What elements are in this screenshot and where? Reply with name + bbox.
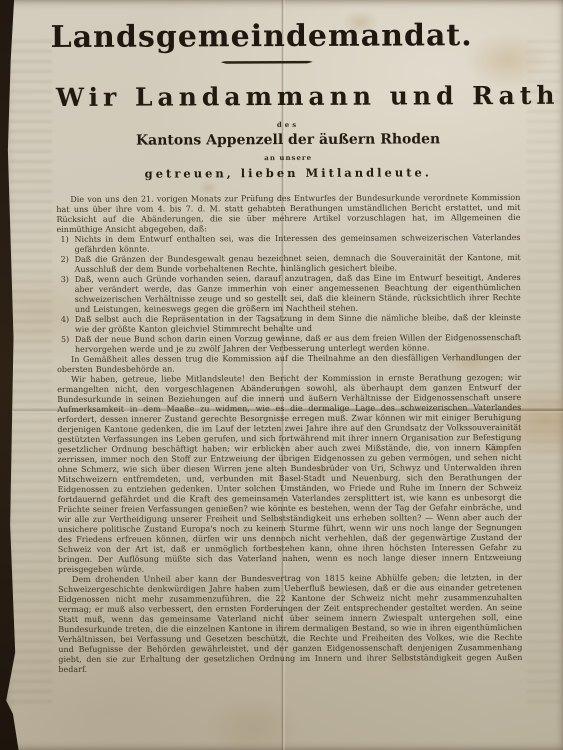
list-item-3: 3) Daß, wenn auch Gründe vorhanden seien… [57,272,521,314]
verso-text-showthrough-right [527,40,561,710]
printed-content: Landsgemeindemandat. Wir Landammann und … [56,19,523,675]
list-item-text: Daß, wenn auch Gründe vorhanden seien, d… [75,272,521,313]
salutation-line-authority: Wir Landammann und Rath [56,80,520,112]
list-item-number: 1) [61,234,69,244]
verso-text-showthrough-left [10,40,52,710]
list-item-number: 3) [61,274,69,284]
list-item-text: Daß die Gränzen der Bundesgewalt genau b… [75,252,521,273]
paper-sheet: Landsgemeindemandat. Wir Landammann und … [0,0,563,750]
list-item-text: Daß selbst auch die Repräsentation in de… [75,312,521,333]
title-divider-rule [221,60,313,63]
intro-paragraph: Die von uns den 21. vorigen Monats zur P… [56,192,520,234]
list-item-1: 1) Nichts in dem Entwurf enthalten sei, … [57,232,521,254]
list-item-number: 2) [61,254,69,264]
salutation-line-canton: Kantons Appenzell der äußern Rhoden [56,130,520,148]
document-title: Landsgemeindemandat. [30,19,494,56]
photo-of-document: Landsgemeindemandat. Wir Landammann und … [0,0,563,750]
salutation-line-des: des [56,118,520,129]
paragraph-bundesvertrag-1815: Dem drohenden Unheil aber kann der Bunde… [58,572,522,674]
list-item-4: 4) Daß selbst auch die Repräsentation in… [57,312,521,334]
document-body: Die von uns den 21. vorigen Monats zur P… [56,192,522,674]
salutation-line-an-unsere: an unsere [56,151,520,162]
list-item-text: Nichts in dem Entwurf enthalten sei, was… [75,232,521,253]
list-item-number: 5) [61,334,69,344]
paragraph-main-address: Wir haben, getreue, liebe Mitlandsleute!… [57,372,522,574]
salutation-line-addressees: getreuen, lieben Mitlandleute. [56,164,520,180]
list-item-2: 2) Daß die Gränzen der Bundesgewalt gena… [57,252,521,274]
list-item-number: 4) [61,314,69,324]
list-item-5: 5) Daß der neue Bund schon darin einen V… [57,332,521,354]
list-item-text: Daß der neue Bund schon darin einen Vorz… [75,332,521,353]
paragraph-conclusion-commission: In Gemäßheit alles dessen trug die Kommi… [57,352,521,374]
